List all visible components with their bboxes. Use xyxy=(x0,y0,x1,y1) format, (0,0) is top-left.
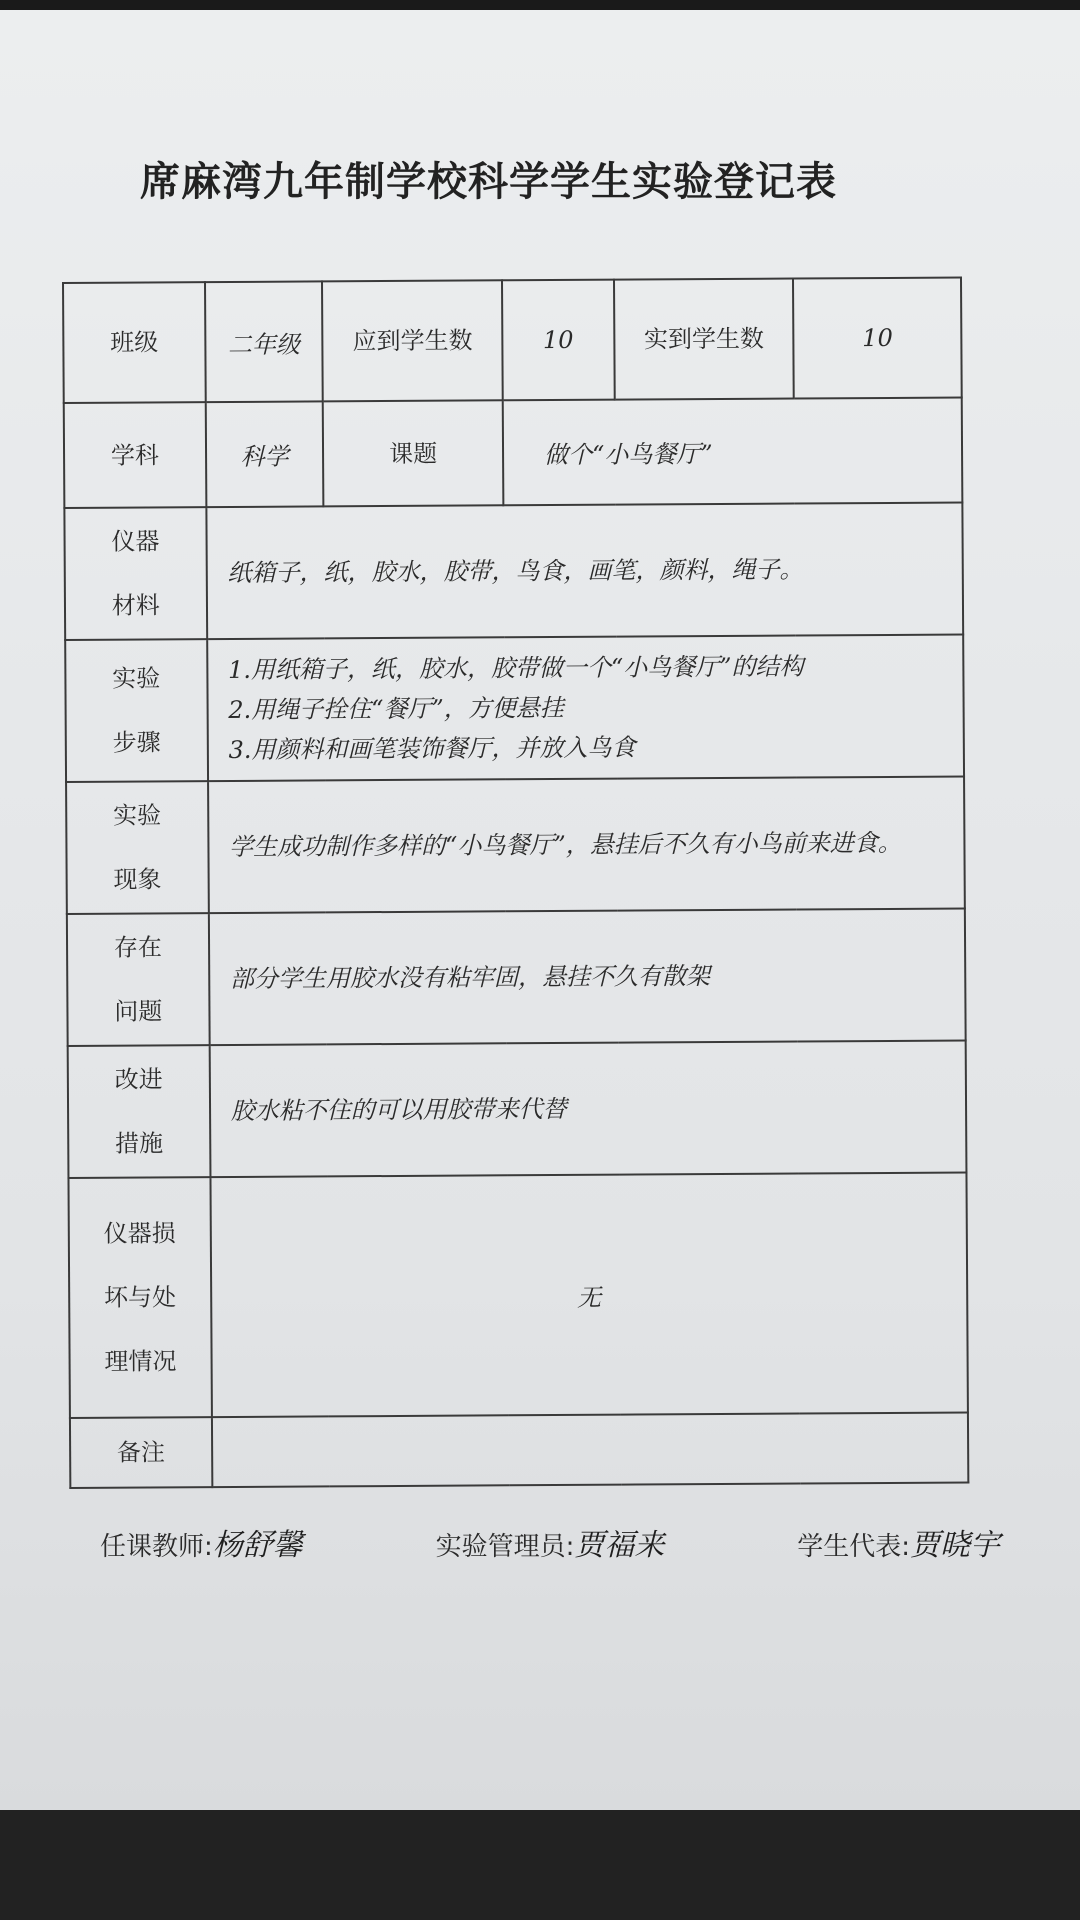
row-damage: 仪器损坏与处理情况 无 xyxy=(68,1172,967,1417)
experiment-record-table: 班级 二年级 应到学生数 10 实到学生数 10 学科 科学 课题 做个“小鸟餐… xyxy=(62,277,969,1489)
step-item: 3.用颜料和画笔装饰餐厅，并放入鸟食 xyxy=(228,726,943,770)
admin-signature: 实验管理员:贾福来 xyxy=(436,1520,665,1564)
remarks-value xyxy=(212,1412,969,1487)
row-steps: 实验步骤 1.用纸箱子，纸，胶水，胶带做一个“小鸟餐厅”的结构 2.用绳子拴住“… xyxy=(65,635,964,782)
materials-value: 纸箱子，纸，胶水，胶带，鸟食，画笔，颜料，绳子。 xyxy=(206,503,963,640)
subject-value: 科学 xyxy=(205,401,323,507)
phenomena-label: 实验现象 xyxy=(66,781,208,914)
row-problems: 存在问题 部分学生用胶水没有粘牢固，悬挂不久有散架 xyxy=(67,908,966,1045)
step-item: 1.用纸箱子，纸，胶水，胶带做一个“小鸟餐厅”的结构 xyxy=(228,646,943,690)
row-class: 班级 二年级 应到学生数 10 实到学生数 10 xyxy=(63,278,962,403)
row-phenomena: 实验现象 学生成功制作多样的“小鸟餐厅”，悬挂后不久有小鸟前来进食。 xyxy=(66,776,965,913)
actual-students-value: 10 xyxy=(793,278,961,399)
background-edge xyxy=(0,1810,1080,1920)
student-rep-signature: 学生代表:贾晓宇 xyxy=(797,1520,1000,1564)
class-label: 班级 xyxy=(63,282,205,403)
signature-line: 任课教师:杨舒馨 实验管理员:贾福来 学生代表:贾晓宇 xyxy=(100,1520,1000,1564)
row-materials: 仪器材料 纸箱子，纸，胶水，胶带，鸟食，画笔，颜料，绳子。 xyxy=(64,503,963,640)
materials-label: 仪器材料 xyxy=(64,507,206,640)
problems-value: 部分学生用胶水没有粘牢固，悬挂不久有散架 xyxy=(209,908,966,1045)
steps-value: 1.用纸箱子，纸，胶水，胶带做一个“小鸟餐厅”的结构 2.用绳子拴住“餐厅”，方… xyxy=(207,635,964,782)
expected-students-value: 10 xyxy=(502,280,615,401)
row-remarks: 备注 xyxy=(70,1412,968,1487)
row-improvements: 改进措施 胶水粘不住的可以用胶带来代替 xyxy=(68,1040,967,1177)
improvements-label: 改进措施 xyxy=(68,1045,210,1178)
class-value: 二年级 xyxy=(205,281,323,402)
improvements-value: 胶水粘不住的可以用胶带来代替 xyxy=(209,1040,966,1177)
expected-students-label: 应到学生数 xyxy=(322,280,502,401)
row-subject: 学科 科学 课题 做个“小鸟餐厅” xyxy=(64,398,963,508)
damage-value: 无 xyxy=(210,1172,968,1417)
topic-label: 课题 xyxy=(323,400,503,506)
subject-label: 学科 xyxy=(64,402,206,508)
step-item: 2.用绳子拴住“餐厅”，方便悬挂 xyxy=(228,686,943,730)
steps-label: 实验步骤 xyxy=(65,639,208,782)
remarks-label: 备注 xyxy=(70,1417,212,1488)
topic-value: 做个“小鸟餐厅” xyxy=(503,398,963,506)
teacher-signature: 任课教师:杨舒馨 xyxy=(100,1520,303,1564)
phenomena-value: 学生成功制作多样的“小鸟餐厅”，悬挂后不久有小鸟前来进食。 xyxy=(208,776,965,913)
problems-label: 存在问题 xyxy=(67,913,209,1046)
actual-students-label: 实到学生数 xyxy=(614,279,794,400)
damage-label: 仪器损坏与处理情况 xyxy=(68,1177,211,1418)
document-title: 席麻湾九年制学校科学学生实验登记表 xyxy=(140,150,900,207)
